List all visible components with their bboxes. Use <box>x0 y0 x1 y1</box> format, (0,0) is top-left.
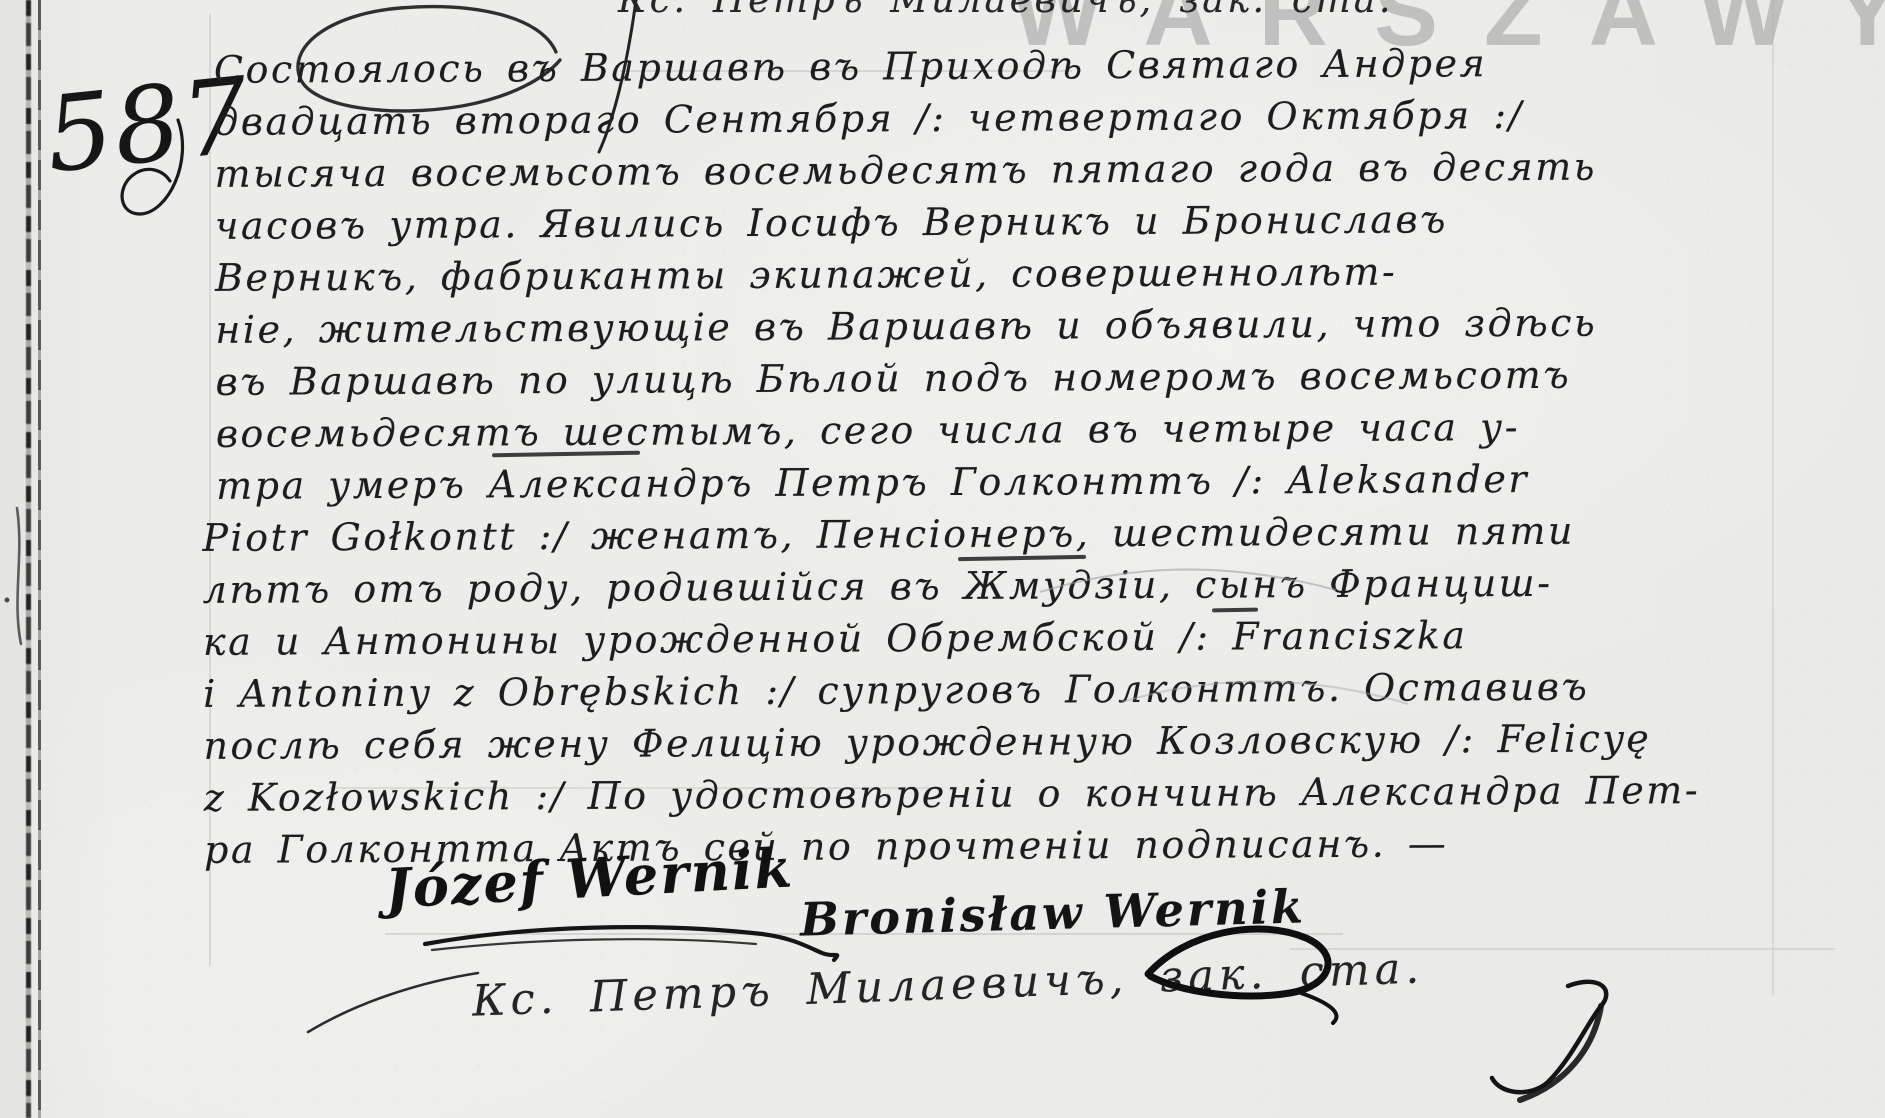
record-text-line: Piotr Gołkontt :/ женатъ, Пенсіонеръ, ше… <box>200 504 1700 564</box>
record-text-line: въ Варшавѣ по улицѣ Бѣлой подъ номеромъ … <box>199 348 1699 408</box>
record-text-line: двадцать втораго Сентября /: четвертаго … <box>198 88 1698 148</box>
record-text-line: тысяча восемьсотъ восемьдесятъ пятаго го… <box>198 140 1698 200</box>
record-text-line: послѣ себя жену Фелицію урожденную Козло… <box>201 712 1701 772</box>
binding-margin-strip <box>0 0 27 1118</box>
record-text-line: i Antoniny z Obrębskich :/ супруговъ Гол… <box>201 660 1701 720</box>
right-margin-rule <box>1772 0 1774 996</box>
record-text-line: ка и Антонины урожденной Обрембской /: F… <box>201 608 1701 668</box>
record-text-line: Верникъ, фабриканты экипажей, совершенно… <box>199 244 1699 304</box>
record-text-line: часовъ утра. Явились Іосифъ Верникъ и Бр… <box>199 192 1699 252</box>
record-text-line: лѣтъ отъ роду, родившійся въ Жмудзіи, сы… <box>201 556 1701 616</box>
previous-act-signature-partial: Кс. Петръ Милаевичъ, зак. ста. <box>618 0 1394 21</box>
record-text-line: ніе, жительствующіе въ Варшавѣ и объявил… <box>199 296 1699 356</box>
record-text-line: z Kozłowskich :/ По удостовѣреніи о конч… <box>202 764 1702 824</box>
record-text-line: восемьдесятъ шестымъ, сего числа въ четы… <box>200 400 1700 460</box>
scanned-register-page: WARSZAWY 587 Кс. Петръ Милаевичъ, зак. с… <box>0 0 1885 1118</box>
record-text-line: Состоялось въ Варшавѣ въ Приходѣ Святаго… <box>198 36 1698 96</box>
record-text-line: тра умеръ Александръ Петръ Голконттъ /: … <box>200 452 1700 512</box>
binding-edge-line-outer <box>26 0 31 1118</box>
act-body-text: Состоялось въ Варшавѣ въ Приходѣ Святаго… <box>198 36 1702 876</box>
binding-edge-line-inner <box>38 0 41 1118</box>
